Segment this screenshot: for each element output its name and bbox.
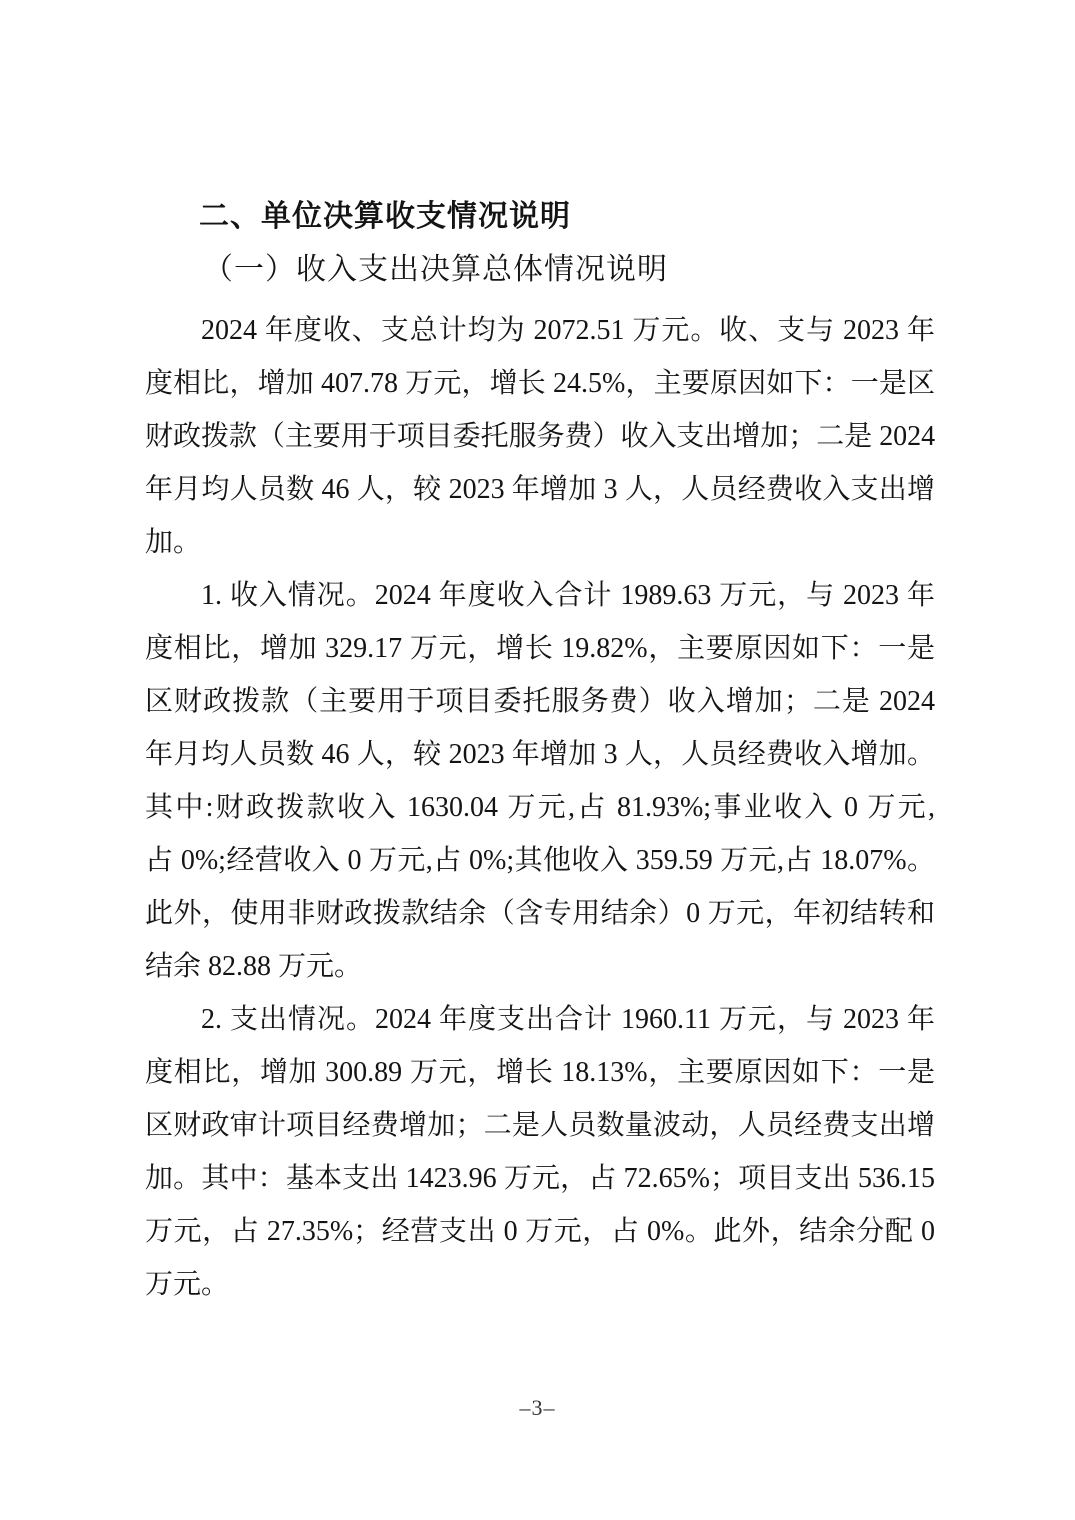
paragraph-line: 度相比，增加 329.17 万元，增长 19.82%，主要原因如下：一是 bbox=[145, 622, 935, 675]
paragraph-line: 区财政拨款（主要用于项目委托服务费）收入增加；二是 2024 bbox=[145, 675, 935, 728]
paragraph-line: 度相比，增加 300.89 万元，增长 18.13%，主要原因如下：一是 bbox=[145, 1046, 935, 1099]
paragraph-line: 区财政审计项目经费增加；二是人员数量波动，人员经费支出增 bbox=[145, 1099, 935, 1152]
paragraph-line: 万元，占 27.35%；经营支出 0 万元，占 0%。此外，结余分配 0 bbox=[145, 1205, 935, 1258]
paragraph-line: 万元。 bbox=[145, 1258, 935, 1311]
paragraph-line: 2. 支出情况。2024 年度支出合计 1960.11 万元，与 2023 年 bbox=[145, 993, 935, 1046]
paragraph-line: 年月均人员数 46 人，较 2023 年增加 3 人，人员经费收入支出增 bbox=[145, 463, 935, 516]
paragraph-line: 财政拨款（主要用于项目委托服务费）收入支出增加；二是 2024 bbox=[145, 410, 935, 463]
document-content: 二、单位决算收支情况说明 （一）收入支出决算总体情况说明 2024 年度收、支总… bbox=[145, 190, 935, 1311]
section-heading: 二、单位决算收支情况说明 bbox=[145, 190, 935, 243]
paragraph-line: 1. 收入情况。2024 年度收入合计 1989.63 万元，与 2023 年 bbox=[145, 569, 935, 622]
paragraph-line: 加。其中：基本支出 1423.96 万元，占 72.65%；项目支出 536.1… bbox=[145, 1152, 935, 1205]
paragraph-line: 占 0%;经营收入 0 万元,占 0%;其他收入 359.59 万元,占 18.… bbox=[145, 834, 935, 887]
paragraph-line: 度相比，增加 407.78 万元，增长 24.5%，主要原因如下：一是区 bbox=[145, 357, 935, 410]
paragraph-line: 结余 82.88 万元。 bbox=[145, 940, 935, 993]
paragraph-line: 此外，使用非财政拨款结余（含专用结余）0 万元，年初结转和 bbox=[145, 887, 935, 940]
page-number: –3– bbox=[0, 1392, 1075, 1424]
document-page: 二、单位决算收支情况说明 （一）收入支出决算总体情况说明 2024 年度收、支总… bbox=[0, 0, 1075, 1520]
heading-body-gap bbox=[145, 296, 935, 304]
paragraph-line: 加。 bbox=[145, 516, 935, 569]
paragraph-line: 其中:财政拨款收入 1630.04 万元,占 81.93%;事业收入 0 万元, bbox=[145, 781, 935, 834]
paragraph-line: 2024 年度收、支总计均为 2072.51 万元。收、支与 2023 年 bbox=[145, 304, 935, 357]
subsection-heading: （一）收入支出决算总体情况说明 bbox=[145, 243, 935, 296]
paragraph-line: 年月均人员数 46 人，较 2023 年增加 3 人，人员经费收入增加。 bbox=[145, 728, 935, 781]
